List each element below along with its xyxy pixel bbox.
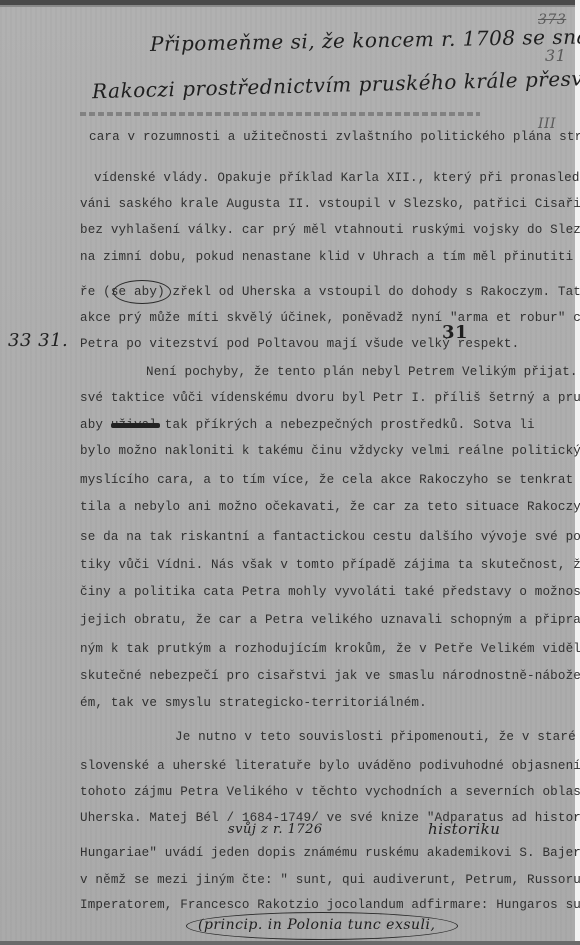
typed-line: Hungariae" uvádí jeden dopis známému rus… xyxy=(80,846,580,860)
typed-line: Je nutno v teto souvislosti připomenouti… xyxy=(175,730,576,744)
typed-line: se da na tak riskantní a fantactickou ce… xyxy=(80,530,580,544)
handwritten-bracket xyxy=(186,912,458,940)
typed-line: Uherska. Matej Bél / 1684-1749/ ve své k… xyxy=(80,811,580,825)
typed-line: činy a politika cata Petra mohly vyvolát… xyxy=(80,585,580,599)
typed-line: skutečné nebezpečí pro cisařstvi jak ve … xyxy=(80,669,580,683)
handwritten-insert-historiku: historiku xyxy=(428,820,500,838)
footnote-mark: 31 xyxy=(442,322,468,343)
struck-word xyxy=(111,423,160,428)
typed-line: tohoto zájmu Petra Velikého v těchto vyc… xyxy=(80,785,580,799)
typed-line: slovenské a uherské literatuře bylo uvád… xyxy=(80,759,580,773)
typed-line: ém, tak ve smyslu strategicko-territoriá… xyxy=(80,696,427,710)
typed-line: myslícího cara, a to tím více, že cela a… xyxy=(80,473,580,487)
struck-page-number: 373 xyxy=(538,12,566,28)
typed-line: Imperatorem, Francesco Rakotzio jocoland… xyxy=(80,898,580,912)
cut-off-typed-line xyxy=(80,112,480,116)
typed-line: cara v rozumnosti a užitečnosti zvlaštní… xyxy=(89,130,580,144)
page-number: 31 xyxy=(545,46,566,65)
typed-line: váni saského krale Augusta II. vstoupil … xyxy=(80,197,580,211)
typed-line: jejich obratu, že car a Petra velikého u… xyxy=(80,613,580,627)
typed-line: vídenské vlády. Opakuje příklad Karla XI… xyxy=(94,171,580,185)
typed-line: v němž se mezi jiným čte: " sunt, qui au… xyxy=(80,873,580,887)
handwritten-insert-svuj: svůj z r. 1726 xyxy=(228,822,323,837)
typed-line: bez vyhlašení války. car prý měl vtahnou… xyxy=(80,223,580,237)
typed-line: ným k tak prutkým a rozhodujícím krokům,… xyxy=(80,642,580,656)
typed-line: tila a nebylo ani možno očekavati, že ca… xyxy=(80,500,580,514)
scan-top-edge-shadow xyxy=(0,5,580,7)
left-margin-annotation: 33 31. xyxy=(8,330,68,351)
scan-bottom-edge xyxy=(0,941,580,945)
typed-line: na zimní dobu, pokud nenastane klid v Uh… xyxy=(80,250,580,264)
typed-line: tiky vůči Vídni. Nás však v tomto případ… xyxy=(80,558,580,572)
typed-line: bylo možno nakloniti k takému činu vždyc… xyxy=(80,444,580,458)
typed-line: své taktice vůči vídenskému dvoru byl Pe… xyxy=(80,391,580,405)
handwritten-circle xyxy=(113,280,171,304)
typed-line: akce prý může míti skvělý účinek, poněva… xyxy=(80,311,580,325)
typed-line: Není pochyby, že tento plán nebyl Petrem… xyxy=(146,365,580,379)
